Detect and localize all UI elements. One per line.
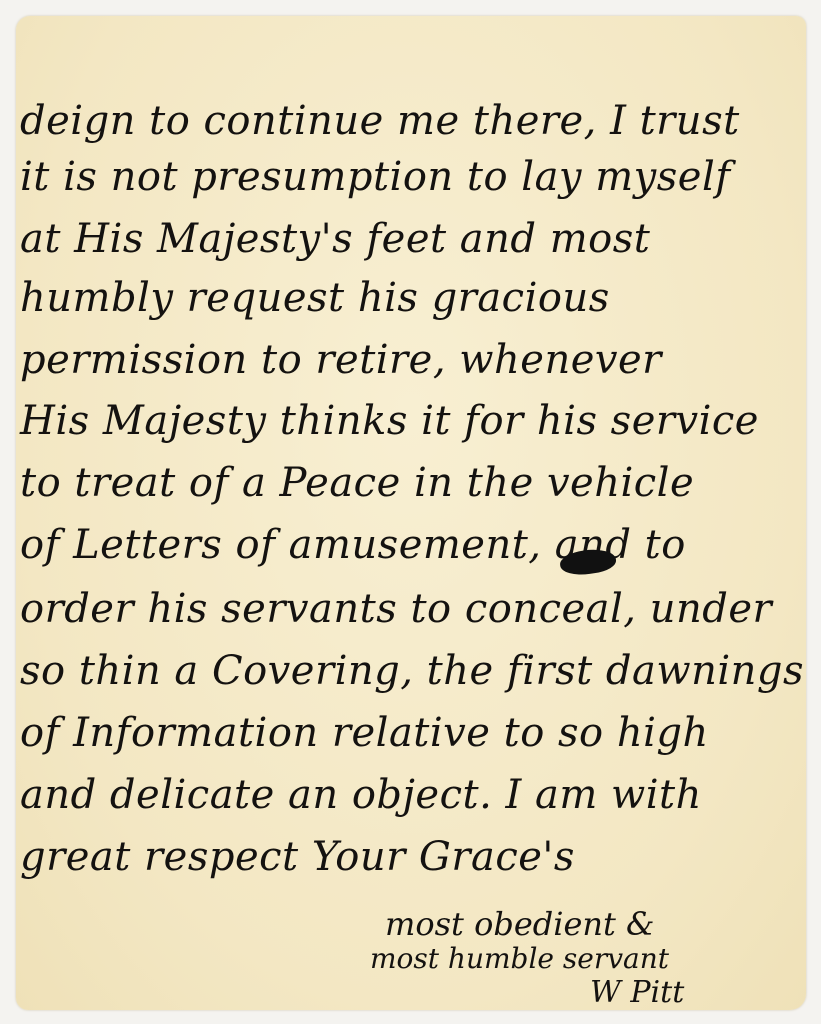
- letter-line: great respect Your Grace's: [20, 834, 575, 880]
- letter-line: order his servants to conceal, under: [20, 586, 772, 632]
- closing-line-2: most humble servant: [370, 942, 669, 975]
- letter-line: humbly request his gracious: [20, 275, 610, 321]
- letter-line: of Information relative to so high: [20, 710, 709, 756]
- letter-line: at His Majesty's feet and most: [20, 216, 650, 262]
- closing-line-1: most obedient &: [385, 905, 655, 943]
- letter-line: permission to retire, whenever: [20, 337, 662, 383]
- letter-line: His Majesty thinks it for his service: [20, 398, 759, 444]
- letter-line: it is not presumption to lay myself: [20, 154, 731, 200]
- letter-line: deign to continue me there, I trust: [20, 98, 740, 144]
- signature: W Pitt: [590, 975, 684, 1010]
- letter-line: to treat of a Peace in the vehicle: [20, 460, 694, 506]
- letter-line: so thin a Covering, the first dawnings: [20, 648, 804, 694]
- letter-line: and delicate an object. I am with: [20, 772, 702, 818]
